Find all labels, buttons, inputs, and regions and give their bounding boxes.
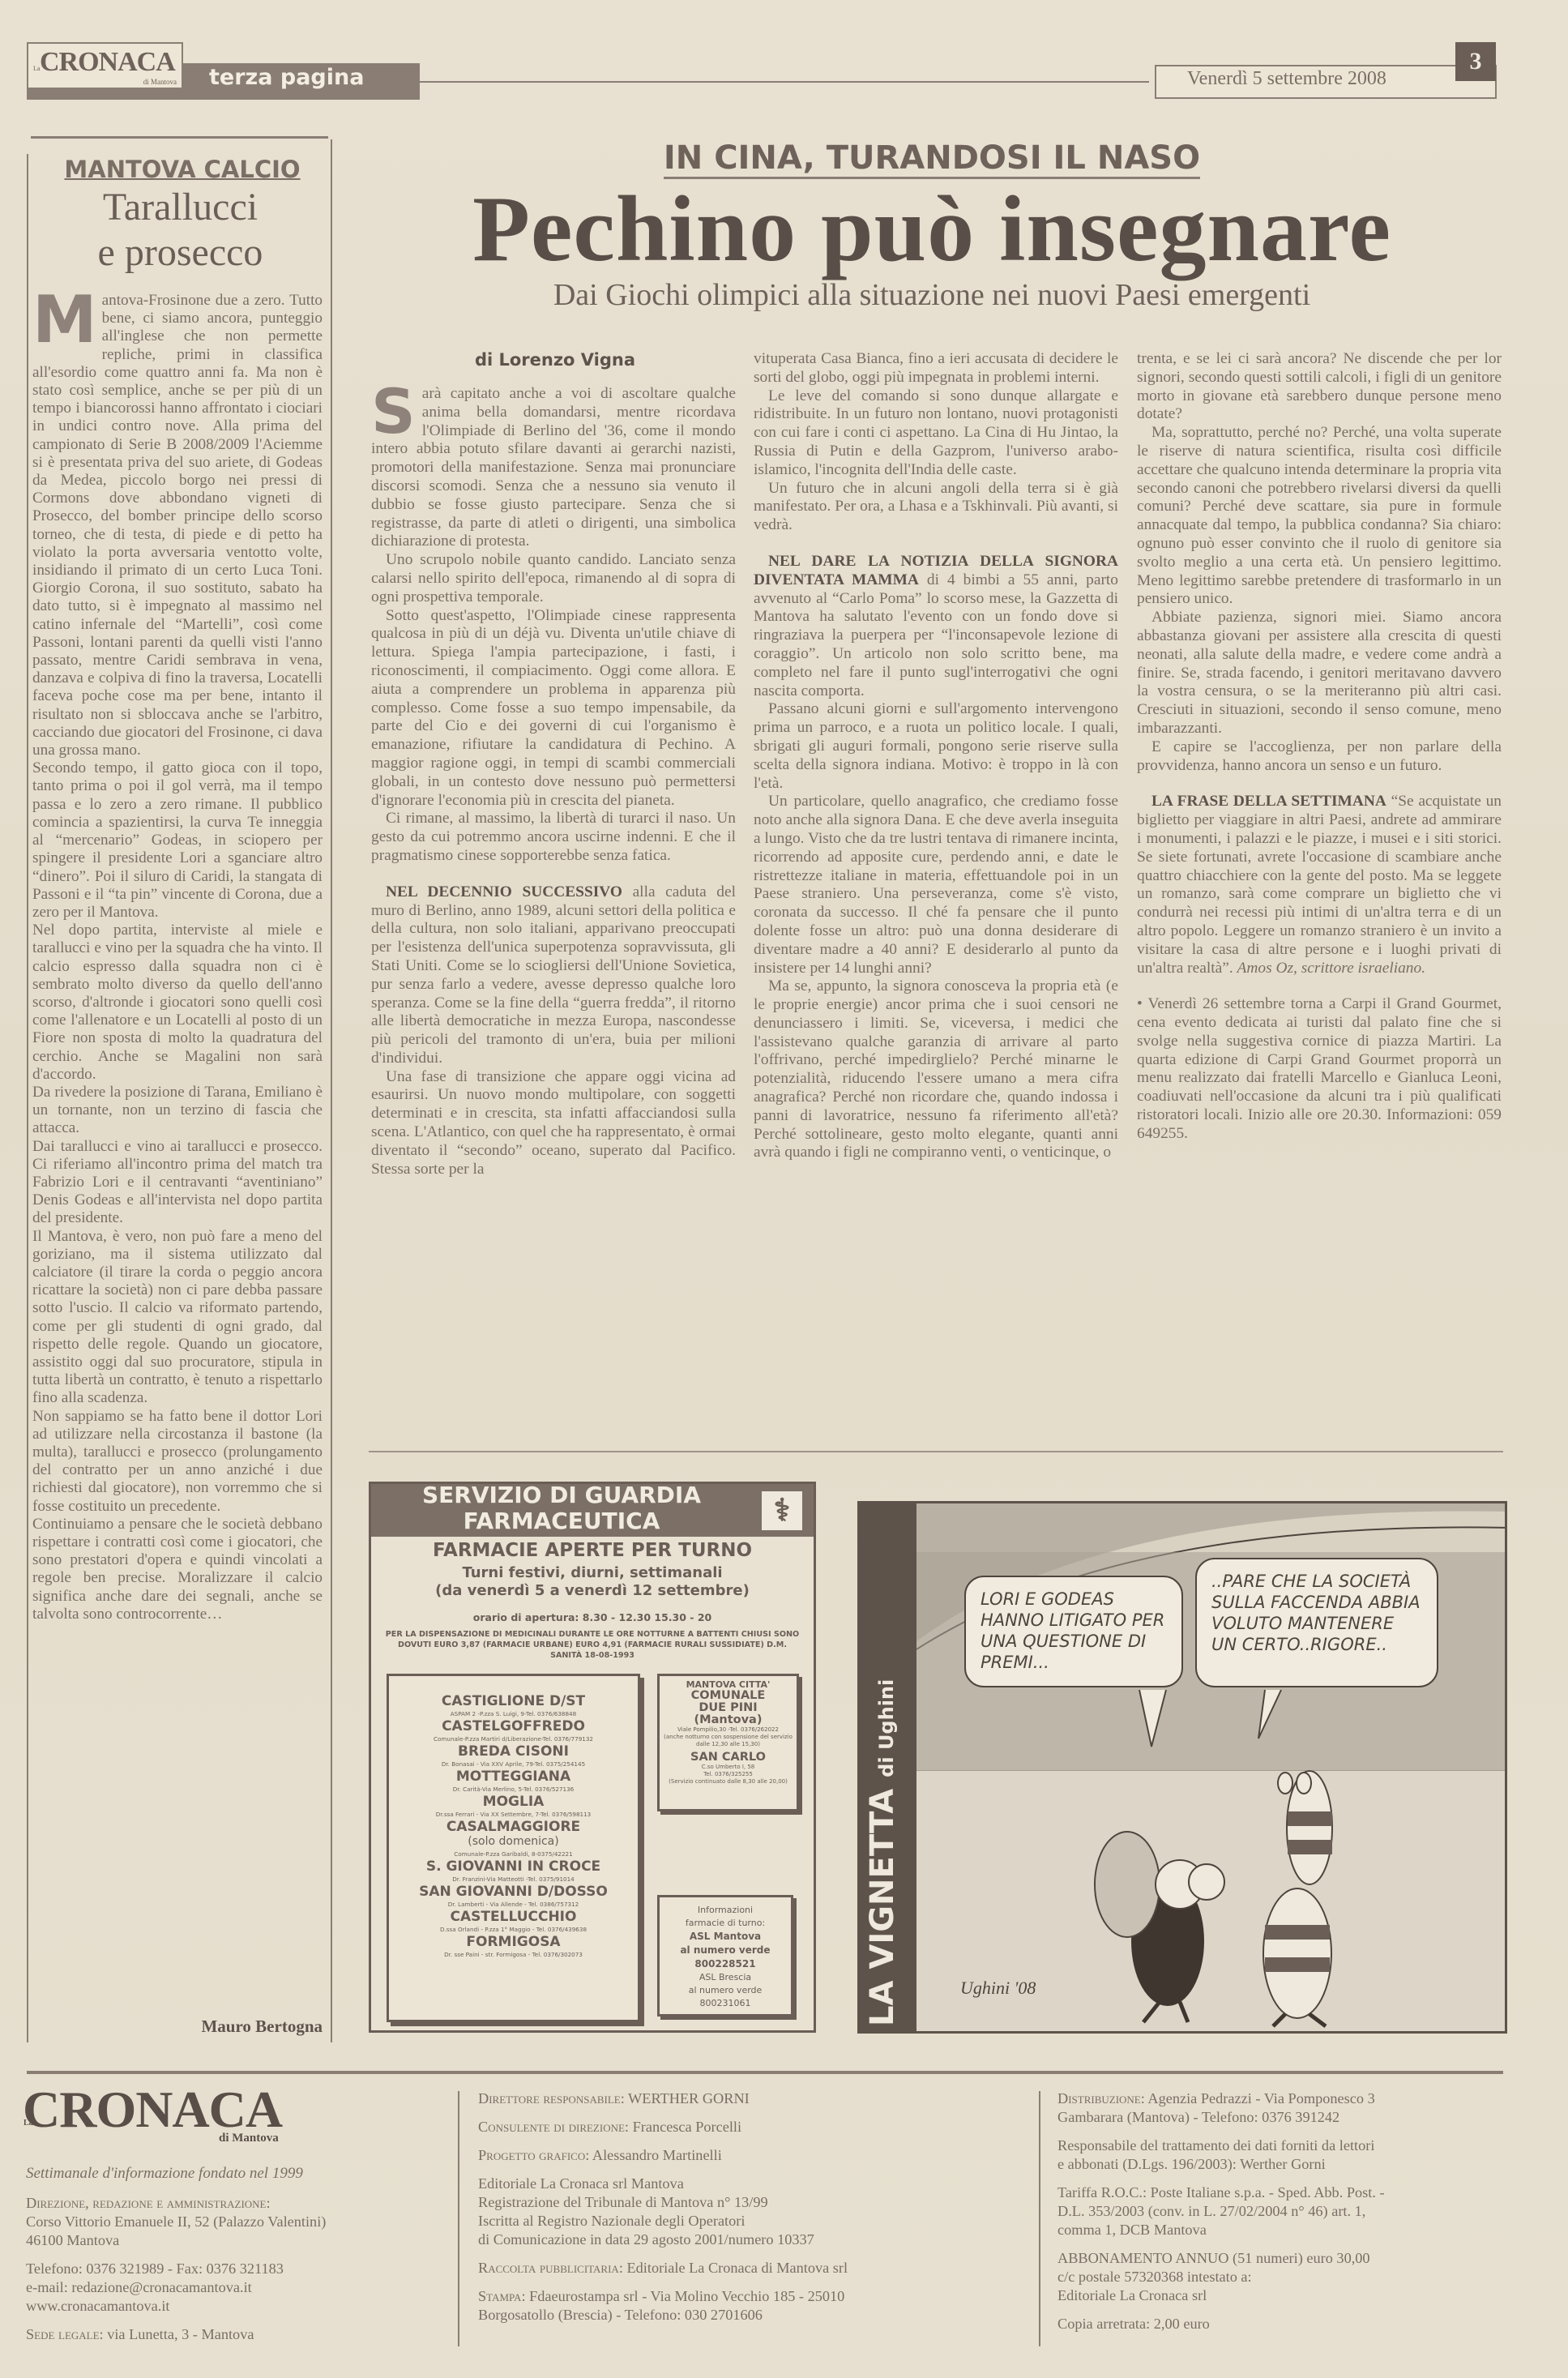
article-column-3: trenta, e se lei ci sarà ancora? Ne disc… — [1137, 350, 1502, 1144]
paragraph: Non sappiamo se ha fatto bene il dottor … — [32, 1408, 323, 1516]
article-column-1: Sarà capitato anche a voi di ascoltare q… — [371, 385, 736, 1178]
sidebar-top-rule — [31, 136, 328, 139]
pharmacy-name: CASALMAGGIORE — [389, 1820, 638, 1834]
paragraph: Uno scrupolo nobile quanto candido. Lanc… — [371, 551, 736, 606]
paragraph: Una fase di transizione che appare oggi … — [371, 1068, 736, 1179]
paragraph: Il Mantova, è vero, non può fare a meno … — [32, 1228, 323, 1408]
speech-bubble-right: ..PARE CHE LA SOCIETÀ SULLA FACCENDA ABB… — [1195, 1558, 1438, 1687]
header-rule — [420, 81, 1149, 83]
paragraph: Nel dopo partita, interviste al miele e … — [32, 922, 323, 1084]
phone-number: 800231061 — [660, 1997, 791, 2010]
paragraph: Ma, soprattutto, perché no? Perché, una … — [1137, 424, 1502, 609]
article-column-2: vituperata Casa Bianca, fino a ieri accu… — [754, 350, 1118, 1162]
main-headline: Pechino può insegnare — [365, 177, 1499, 282]
pharmacy-list: CASTIGLIONE D/ST ASPAM 2 -P.zza S. Luigi… — [387, 1674, 640, 2022]
footer-contacts: Settimanale d'informazione fondato nel 1… — [26, 2164, 431, 2354]
paragraph: Continuiamo a pensare che le società deb… — [32, 1516, 323, 1623]
paragraph: Un futuro che in alcuni angoli della ter… — [754, 480, 1118, 535]
logo-subtext: di Mantova — [143, 78, 177, 86]
paragraph: Da rivedere la posizione di Tarana, Emil… — [32, 1084, 323, 1138]
footer-credits: Direttore responsabile: WERTHER GORNI Co… — [478, 2089, 981, 2334]
caduceus-icon: ⚕ — [762, 1491, 802, 1530]
sidebar-right-rule — [331, 139, 332, 2042]
paragraph: • Venerdì 26 settembre torna a Carpi il … — [1137, 995, 1502, 1143]
sidebar-title-line1: Tarallucci — [36, 185, 324, 230]
byline: di Lorenzo Vigna — [381, 350, 729, 370]
paragraph: Passano alcuni giorni e sull'argomento i… — [754, 700, 1118, 793]
pharmacy-name: MOGLIA — [389, 1794, 638, 1809]
cartoon-title: LA VIGNETTAdi Ughini — [864, 1679, 901, 2026]
sidebar-kicker: MANTOVA CALCIO — [49, 156, 316, 183]
paragraph: Le leve del comando si sono dunque allar… — [754, 387, 1118, 480]
pharmacy-name: CASTELLUCCHIO — [389, 1910, 638, 1924]
pharmacy-name: BREDA CISONI — [389, 1744, 638, 1759]
paragraph: LA FRASE DELLA SETTIMANA “Se acquistate … — [1137, 793, 1502, 977]
pharmacy-period: Turni festivi, diurni, settimanali (da v… — [371, 1564, 814, 1600]
sidebar-left-rule — [27, 154, 28, 2042]
section-lead: LA FRASE DELLA SETTIMANA — [1151, 793, 1386, 810]
footer-logo: CRONACA — [23, 2080, 282, 2140]
pharmacy-note: (solo domenica) — [389, 1834, 638, 1849]
pharmacy-name: SAN GIOVANNI D/DOSSO — [389, 1884, 638, 1899]
sidebar-title: Tarallucci e prosecco — [36, 185, 324, 276]
pharmacy-name: FORMIGOSA — [389, 1935, 638, 1949]
tagline: Settimanale d'informazione fondato nel 1… — [26, 2164, 431, 2183]
pharmacy-name: MOTTEGGIANA — [389, 1769, 638, 1784]
cartoon-author: di Ughini — [875, 1679, 898, 1777]
page-number: 3 — [1455, 42, 1496, 81]
footer-distribution: Distribuzione: Agenzia Pedrazzi - Via Po… — [1057, 2089, 1544, 2343]
pharmacy-name: CASTIGLIONE D/ST — [389, 1694, 638, 1709]
paragraph: vituperata Casa Bianca, fino a ieri accu… — [754, 350, 1118, 387]
logo-text: CRONACA — [40, 47, 175, 78]
article-bottom-rule — [369, 1451, 1503, 1452]
dropcap: S — [371, 387, 416, 437]
pharmacy-hours: orario di apertura: 8.30 - 12.30 15.30 -… — [371, 1611, 814, 1623]
pharmacy-info-box: Informazioni farmacie di turno: ASL Mant… — [657, 1895, 793, 2017]
paragraph: Abbiate pazienza, signori miei. Siamo an… — [1137, 609, 1502, 738]
sidebar-article-body: Mantova-Frosinone due a zero. Tutto bene… — [32, 292, 323, 1623]
section-title: terza pagina — [209, 65, 364, 90]
section-lead: NEL DECENNIO SUCCESSIVO — [386, 883, 622, 900]
cartoon-signature: Ughini '08 — [960, 1978, 1036, 1999]
speech-bubble-left: LORI E GODEAS HANNO LITIGATO PER UNA QUE… — [964, 1576, 1183, 1687]
paragraph: Dai tarallucci e vino ai tarallucci e pr… — [32, 1138, 323, 1228]
pharmacy-note: PER LA DISPENSAZIONE DI MEDICINALI DURAN… — [381, 1629, 804, 1661]
phone-number: 800228521 — [694, 1958, 755, 1970]
main-subheadline: Dai Giochi olimpici alla situazione nei … — [365, 277, 1499, 313]
quote-attribution: Amos Oz, scrittore israeliano. — [1237, 960, 1426, 977]
issue-date: Venerdì 5 settembre 2008 — [1187, 68, 1386, 90]
pharmacy-address: Dr. sse Paini - str. Formigosa - Tel. 03… — [389, 1949, 638, 1960]
website-link[interactable]: www.cronacamantova.it — [26, 2298, 170, 2314]
sidebar-title-line2: e prosecco — [36, 230, 324, 276]
main-kicker: IN CINA, TURANDOSI IL NASO — [365, 139, 1499, 177]
paragraph: Mantova-Frosinone due a zero. Tutto bene… — [32, 292, 323, 759]
paragraph: Un particolare, quello anagrafico, che c… — [754, 793, 1118, 977]
paragraph: NEL DECENNIO SUCCESSIVO alla caduta del … — [371, 883, 736, 1068]
paragraph: Ma se, appunto, la signora conosceva la … — [754, 977, 1118, 1162]
footer-divider — [458, 2091, 459, 2346]
pharmacy-subtitle: FARMACIE APERTE PER TURNO — [371, 1540, 814, 1561]
paragraph: trenta, e se lei ci sarà ancora? Ne disc… — [1137, 350, 1502, 424]
sidebar-author: Mauro Bertogna — [32, 2017, 323, 2037]
pharmacy-name: CASTELGOFFREDO — [389, 1719, 638, 1734]
paragraph: NEL DARE LA NOTIZIA DELLA SIGNORA DIVENT… — [754, 553, 1118, 700]
pharmacy-title: SERVIZIO DI GUARDIA FARMACEUTICA — [371, 1482, 752, 1534]
footer-logo-subtext: di Mantova — [219, 2132, 279, 2145]
footer-rule — [27, 2071, 1503, 2074]
footer-divider — [1039, 2091, 1040, 2346]
dropcap: M — [32, 293, 97, 347]
paragraph: Sarà capitato anche a voi di ascoltare q… — [371, 385, 736, 551]
email-link[interactable]: e-mail: redazione@cronacamantova.it — [26, 2279, 252, 2295]
paragraph: Sotto quest'aspetto, l'Olimpiade cinese … — [371, 607, 736, 810]
pharmacy-name: S. GIOVANNI IN CROCE — [389, 1859, 638, 1874]
masthead-logo: La CRONACA di Mantova — [27, 42, 183, 89]
paragraph: Ci rimane, al massimo, la libertà di tur… — [371, 810, 736, 865]
paragraph: E capire se l'accoglienza, per non parla… — [1137, 738, 1502, 776]
mantova-city-pharmacies: MANTOVA CITTA' COMUNALE DUE PINI (Mantov… — [657, 1674, 799, 1811]
paragraph: Secondo tempo, il gatto gioca con il top… — [32, 759, 323, 922]
